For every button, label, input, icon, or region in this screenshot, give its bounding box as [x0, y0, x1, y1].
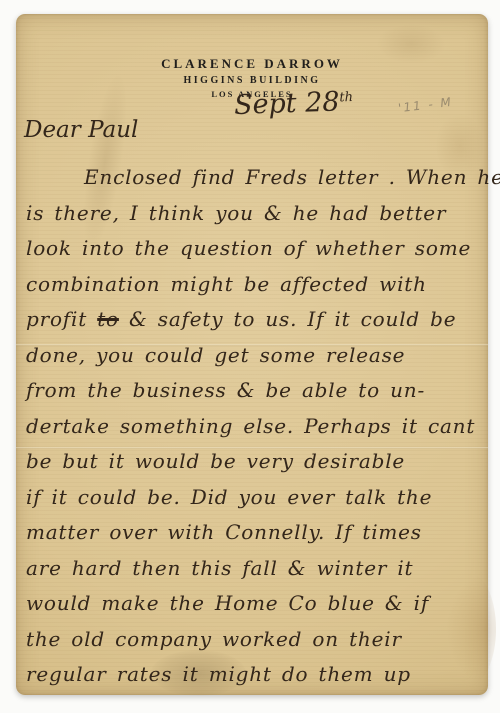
body-line: done, you could get some release [26, 338, 478, 374]
body-line: the old company worked on their [26, 622, 478, 658]
body-line-text: & safety to us. If it could be [119, 307, 457, 331]
salutation: Dear Paul [24, 117, 138, 143]
body-line: if it could be. Did you ever talk the [26, 480, 478, 516]
body-line: be but it would be very desirable [26, 444, 478, 480]
body-line: dertake something else. Perhaps it cant [26, 409, 478, 445]
body-line: Enclosed find Freds letter . When he [26, 160, 478, 196]
body-line: are hard then this fall & winter it [26, 551, 478, 587]
scan-background: CLARENCE DARROW HIGGINS BUILDING LOS ANG… [0, 0, 500, 713]
body-line: regular rates it might do them up [26, 657, 478, 693]
letterhead-name: CLARENCE DARROW [16, 56, 488, 72]
body-line: would make the Home Co blue & if [26, 586, 478, 622]
body-line: matter over with Connelly. If times [26, 515, 478, 551]
body-line: profit to & safety to us. If it could be [26, 302, 478, 338]
date: Sept 28th [233, 86, 353, 121]
body-line-text: profit [26, 307, 97, 331]
letter-paper: CLARENCE DARROW HIGGINS BUILDING LOS ANG… [16, 14, 488, 695]
date-suffix: th [339, 90, 353, 105]
body-line: is there, I think you & he had better [26, 196, 478, 232]
letter-body: Enclosed find Freds letter . When he is … [26, 160, 478, 693]
letterhead-building: HIGGINS BUILDING [16, 75, 488, 86]
date-main: Sept 28 [233, 86, 340, 121]
body-line: look into the question of whether some [26, 231, 478, 267]
struck-word: to [97, 307, 119, 331]
body-line: from the business & be able to un- [26, 373, 478, 409]
body-line: combination might be affected with [26, 267, 478, 303]
